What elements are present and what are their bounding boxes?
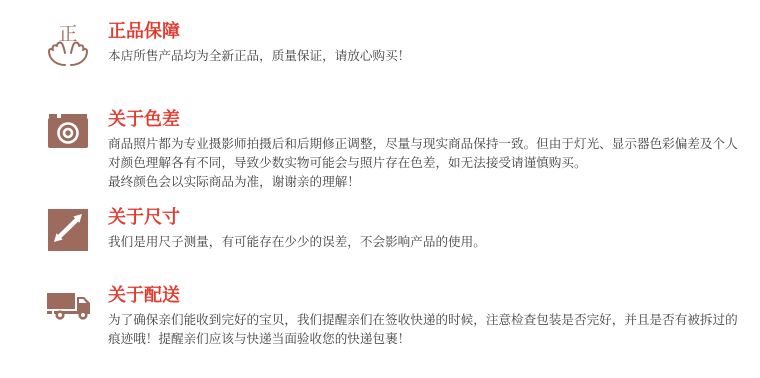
section-text-line: 我们是用尺子测量，有可能存在少少的误差，不会影响产品的使用。 bbox=[108, 233, 486, 252]
section-title: 关于色差 bbox=[108, 110, 738, 128]
section-text-line: 商品照片都为专业摄影师拍摄后和后期修正调整，尽量与现实商品保持一致。但由于灯光、… bbox=[108, 135, 738, 154]
section-title: 关于配送 bbox=[108, 286, 738, 304]
delivery-truck-icon bbox=[44, 284, 92, 332]
section-text-line: 对颜色理解各有不同，导致少数实物可能会与照片存在色差，如无法接受请谨慎购买。 bbox=[108, 154, 738, 173]
section-title: 关于尺寸 bbox=[108, 208, 486, 226]
notice-section-color: 关于色差 商品照片都为专业摄影师拍摄后和后期修正调整，尽量与现实商品保持一致。但… bbox=[0, 108, 760, 192]
section-title: 正品保障 bbox=[108, 22, 410, 40]
notice-section-delivery: 关于配送 为了确保亲们能收到完好的宝贝，我们提醒亲们在签收快递的时候，注意检查包… bbox=[0, 284, 760, 349]
resize-arrow-icon bbox=[44, 206, 92, 254]
section-text-line: 为了确保亲们能收到完好的宝贝，我们提醒亲们在签收快递的时候，注意检查包装是否完好… bbox=[108, 311, 738, 330]
section-text-line: 痕迹哦！提醒亲们应该与快递当面验收您的快递包裹！ bbox=[108, 330, 738, 349]
section-text-line: 最终颜色会以实际商品为准，谢谢亲的理解！ bbox=[108, 173, 738, 192]
genuine-character: 正 bbox=[58, 23, 77, 45]
hands-holding-genuine-icon: 正 bbox=[44, 20, 92, 68]
notice-section-size: 关于尺寸 我们是用尺子测量，有可能存在少少的误差，不会影响产品的使用。 bbox=[0, 206, 760, 254]
section-text-line: 本店所售产品均为全新正品，质量保证，请放心购买！ bbox=[108, 47, 410, 66]
product-notices: 正 正品保障 本店所售产品均为全新正品，质量保证，请放心购买！ 关于色差 bbox=[0, 0, 760, 349]
camera-icon bbox=[44, 108, 92, 156]
notice-section-authenticity: 正 正品保障 本店所售产品均为全新正品，质量保证，请放心购买！ bbox=[0, 20, 760, 68]
